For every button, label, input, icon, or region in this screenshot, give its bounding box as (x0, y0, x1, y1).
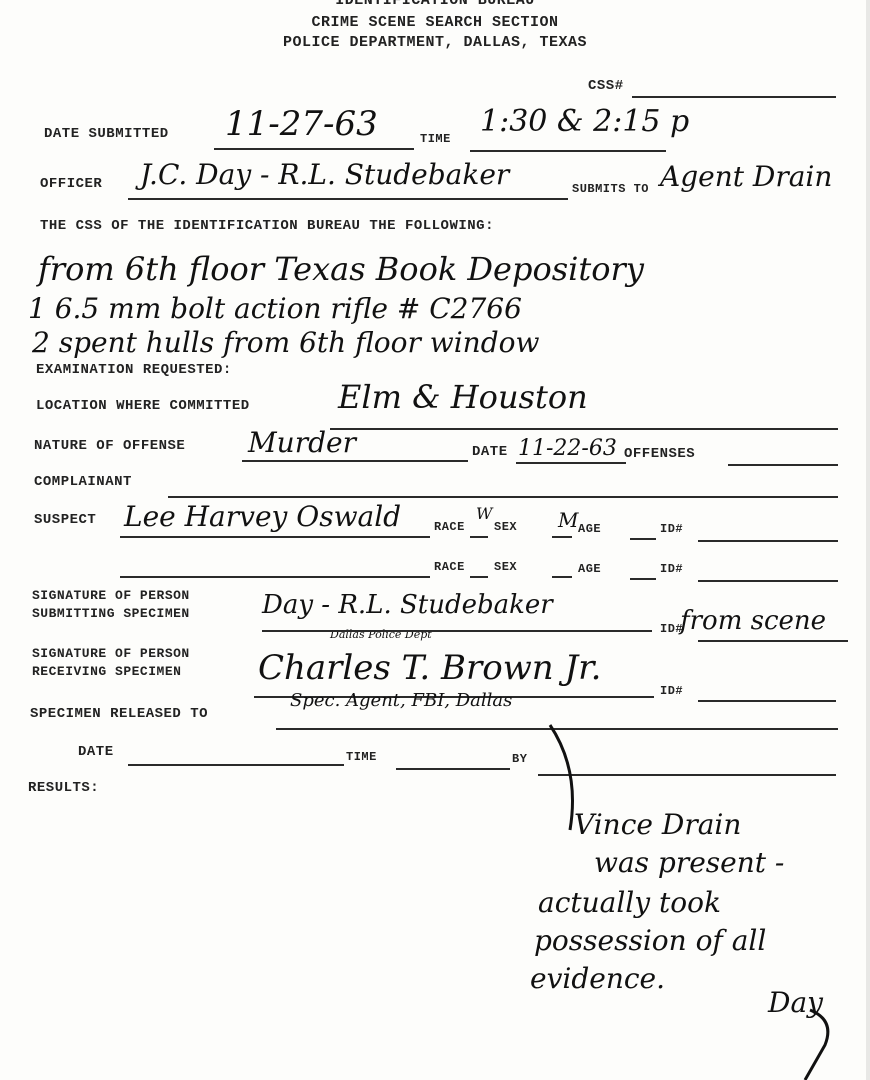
date-offense-label: DATE (472, 444, 508, 460)
id-label: ID# (660, 522, 683, 536)
race-2-label: RACE (434, 560, 465, 574)
age-2-label: AGE (578, 562, 601, 576)
sig-submit-label-2: SUBMITTING SPECIMEN (32, 606, 190, 621)
date-submitted-label: DATE SUBMITTED (44, 126, 169, 142)
race-field[interactable] (470, 536, 488, 538)
race-2-field[interactable] (470, 576, 488, 578)
id-field[interactable] (698, 540, 838, 542)
sig-receive-id-field[interactable] (698, 700, 836, 702)
offenses-label: OFFENSES (624, 446, 695, 462)
suspect-2-field[interactable] (120, 576, 430, 578)
submits-label: SUBMITS TO (572, 182, 649, 196)
suspect-field[interactable] (120, 536, 430, 538)
sig-receive-id-label: ID# (660, 684, 683, 698)
nature-field[interactable] (242, 460, 468, 462)
age-2-field[interactable] (630, 578, 656, 580)
item-line-3: 2 spent hulls from 6th floor window (32, 326, 539, 359)
time2-field[interactable] (396, 768, 510, 770)
submits-value: Agent Drain (660, 160, 832, 193)
time-field[interactable] (470, 150, 666, 152)
suspect-value: Lee Harvey Oswald (124, 500, 401, 533)
sig-submit-id-field[interactable] (698, 640, 848, 642)
note-line-1: Vince Drain (574, 808, 741, 841)
css-of-bureau-label: THE CSS OF THE IDENTIFICATION BUREAU THE… (40, 218, 494, 234)
location-value: Elm & Houston (338, 378, 588, 416)
by-label: BY (512, 752, 527, 766)
css-number-label: CSS# (588, 78, 624, 94)
complainant-label: COMPLAINANT (34, 474, 132, 490)
sig-submit-field[interactable] (262, 630, 652, 632)
offenses-field[interactable] (728, 464, 838, 466)
sig-submit-value: Day - R.L. Studebaker (262, 590, 553, 620)
item-line-2: 1 6.5 mm bolt action rifle # C2766 (28, 292, 522, 325)
officer-label: OFFICER (40, 176, 102, 192)
officer-field[interactable] (128, 198, 568, 200)
sex-label: SEX (494, 520, 517, 534)
header-department: POLICE DEPARTMENT, DALLAS, TEXAS (0, 34, 870, 51)
id-2-label: ID# (660, 562, 683, 576)
date-submitted-value: 11-27-63 (225, 104, 378, 144)
age-label: AGE (578, 522, 601, 536)
note-line-2: was present - (594, 846, 784, 879)
sig-receive-value: Charles T. Brown Jr. (258, 648, 601, 688)
nature-value: Murder (248, 426, 356, 459)
location-field[interactable] (330, 428, 838, 430)
signature-tail (790, 1000, 850, 1080)
results-label: RESULTS: (28, 780, 99, 796)
sig-submit-extra: from scene (680, 606, 826, 636)
suspect-label: SUSPECT (34, 512, 96, 528)
location-label: LOCATION WHERE COMMITTED (36, 398, 250, 414)
date-label: DATE (78, 744, 114, 760)
released-label: SPECIMEN RELEASED TO (30, 706, 208, 722)
nature-label: NATURE OF OFFENSE (34, 438, 185, 454)
header-bureau: IDENTIFICATION BUREAU (0, 0, 870, 9)
sex-field[interactable] (552, 536, 572, 538)
age-field[interactable] (630, 538, 656, 540)
css-number-field[interactable] (632, 96, 836, 98)
officer-value: J.C. Day - R.L. Studebaker (140, 158, 509, 191)
race-label: RACE (434, 520, 465, 534)
race-value: W (476, 504, 492, 523)
item-line-1: from 6th floor Texas Book Depository (38, 250, 644, 288)
date-offense-field[interactable] (516, 462, 626, 464)
date-field[interactable] (128, 764, 344, 766)
sex-2-label: SEX (494, 560, 517, 574)
header-section: CRIME SCENE SEARCH SECTION (0, 14, 870, 31)
date-offense-value: 11-22-63 (518, 436, 617, 461)
sex-2-field[interactable] (552, 576, 572, 578)
sig-receive-note: Spec. Agent, FBI, Dallas (290, 690, 512, 711)
date-submitted-field[interactable] (214, 148, 414, 150)
id-2-field[interactable] (698, 580, 838, 582)
time-label: TIME (420, 132, 451, 146)
note-line-4: possession of all (534, 924, 766, 957)
page-edge (866, 0, 870, 1080)
time-value: 1:30 & 2:15 p (480, 104, 689, 139)
sig-submit-label-1: SIGNATURE OF PERSON (32, 588, 190, 603)
time2-label: TIME (346, 750, 377, 764)
sig-receive-label-1: SIGNATURE OF PERSON (32, 646, 190, 661)
note-line-3: actually took (538, 886, 721, 919)
sex-value: M (558, 508, 578, 532)
complainant-field[interactable] (168, 496, 838, 498)
sig-receive-label-2: RECEIVING SPECIMEN (32, 664, 181, 679)
note-line-5: evidence. (530, 962, 665, 995)
exam-requested-label: EXAMINATION REQUESTED: (36, 362, 232, 378)
